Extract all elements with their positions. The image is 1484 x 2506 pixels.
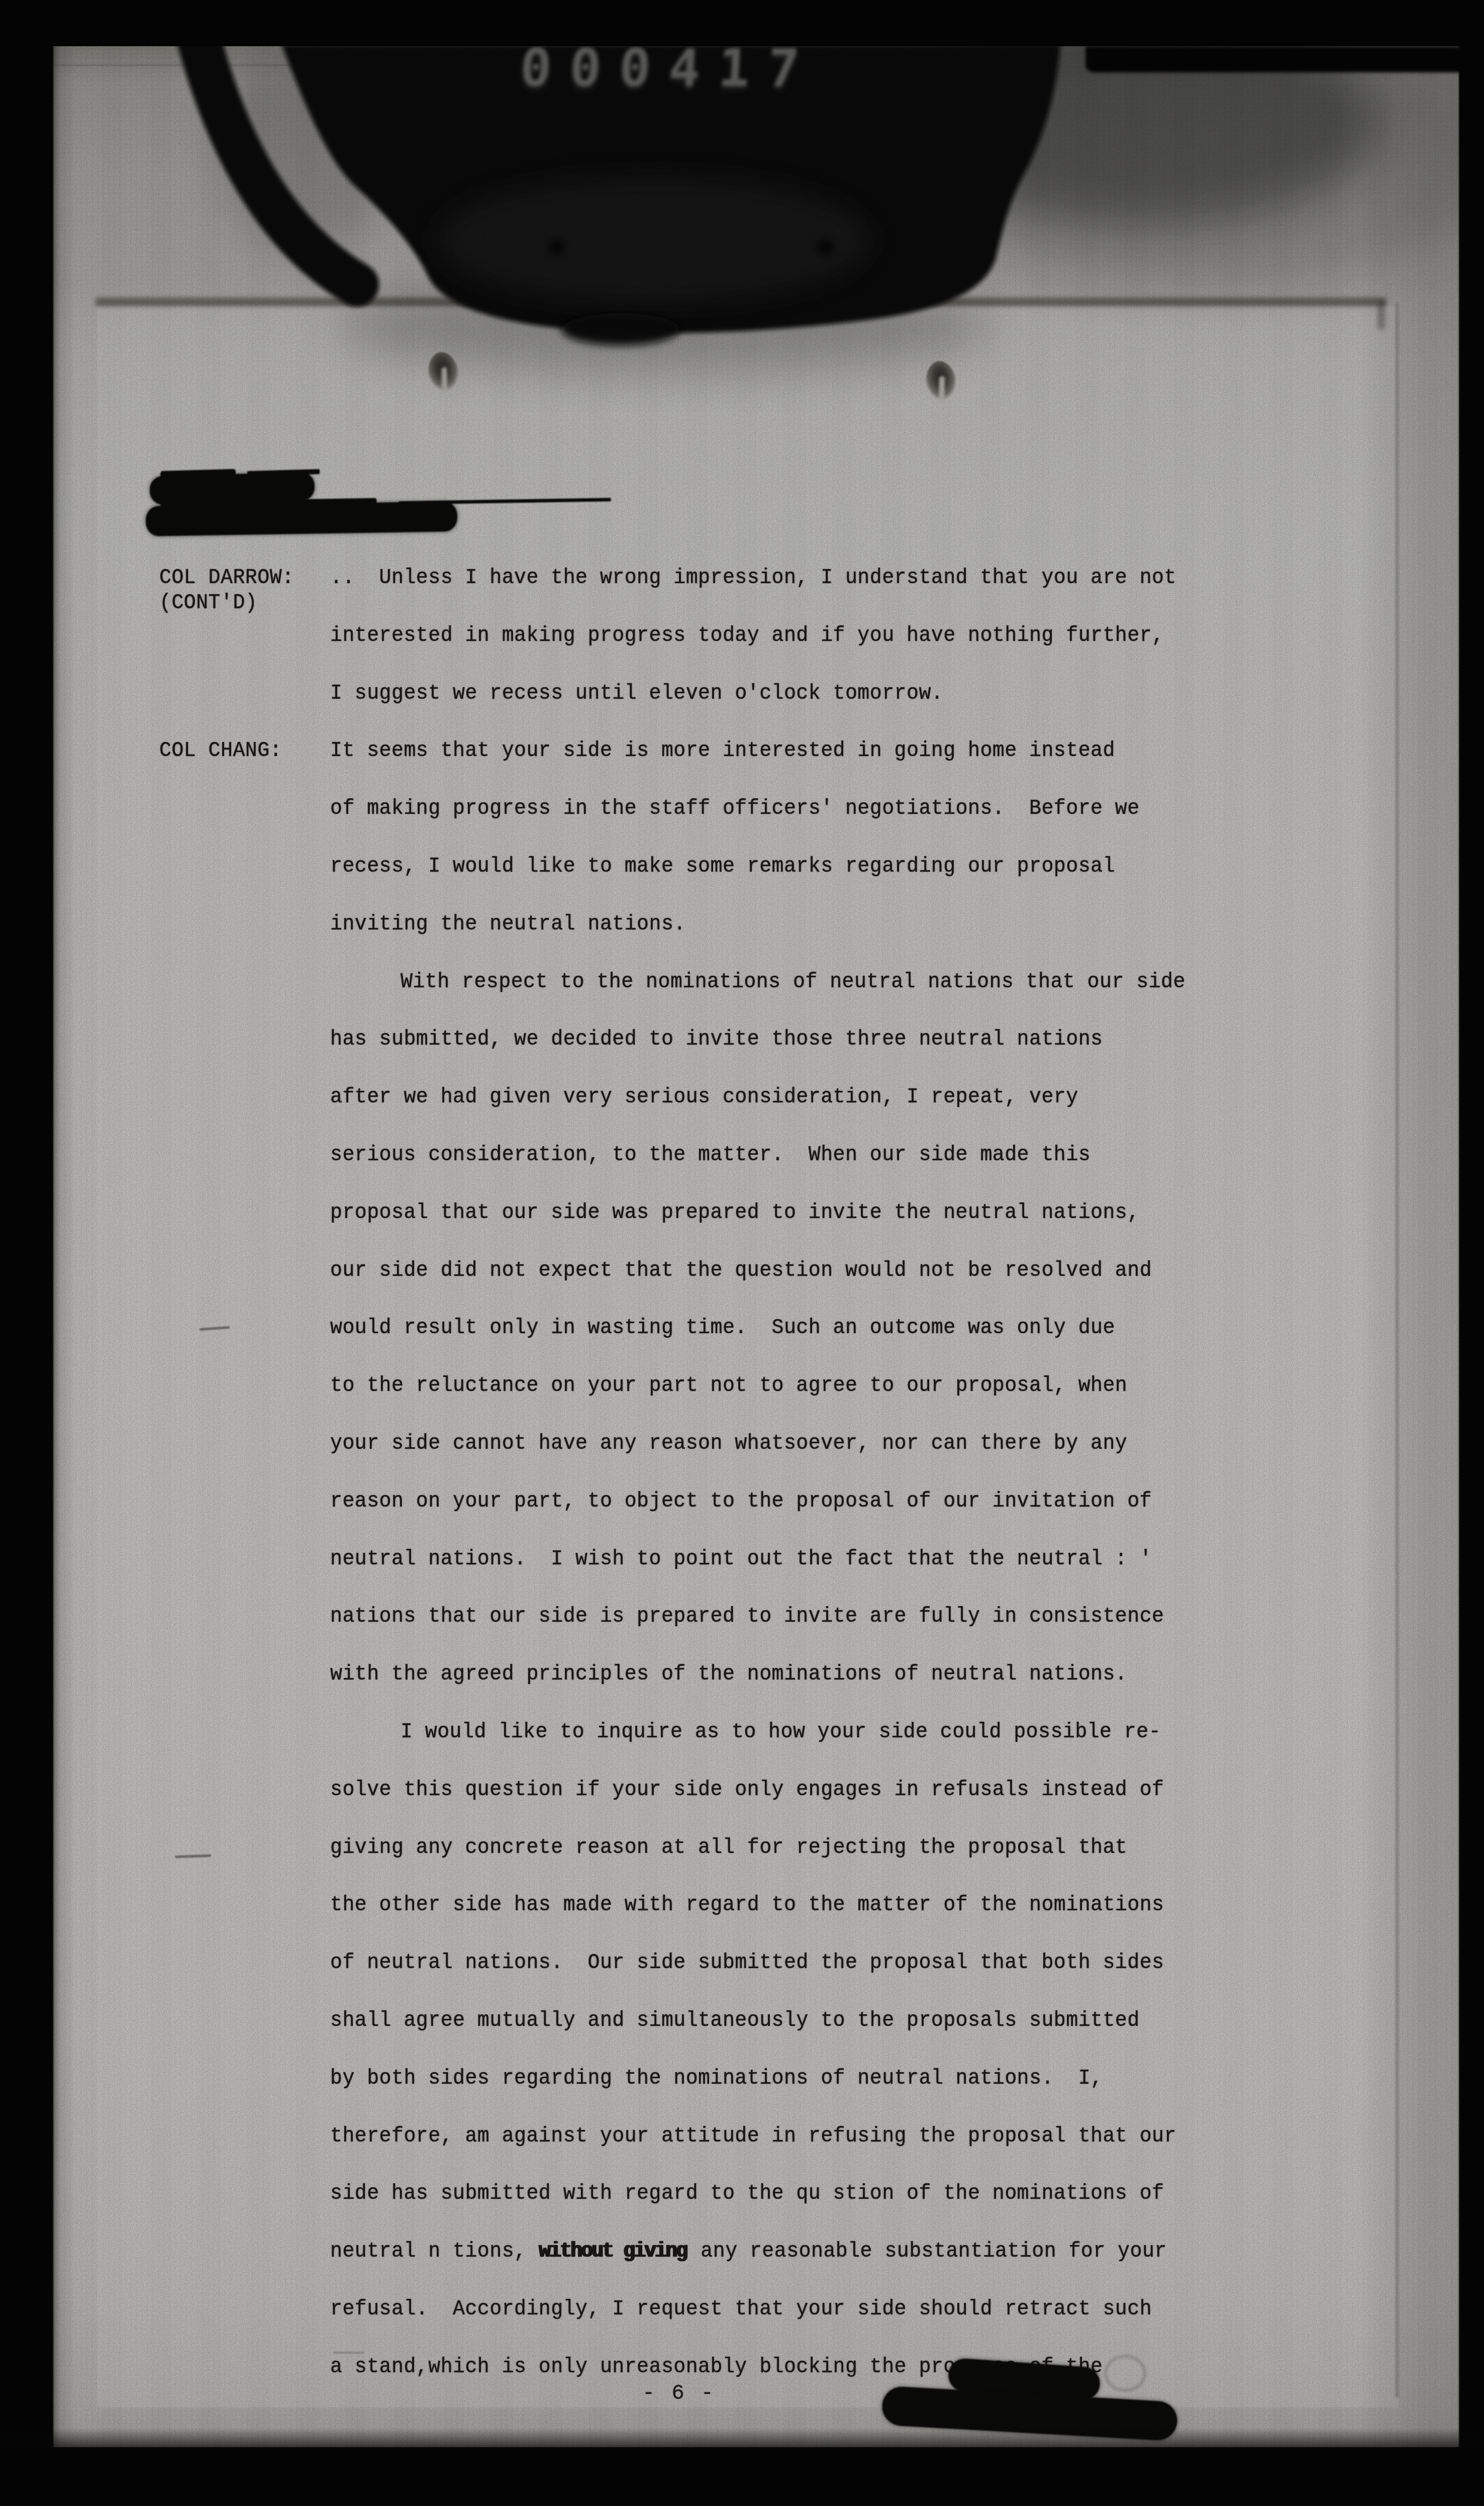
transcript-line: COL CHANG:It seems that your side is mor… (53, 740, 1460, 770)
transcript-text: It seems that your side is more interest… (330, 739, 1115, 763)
transcript-text: has submitted, we decided to invite thos… (330, 1028, 1103, 1052)
transcript-text: I suggest we recess until eleven o'clock… (330, 682, 943, 706)
sheet-edge-shadow (95, 298, 1386, 306)
transcript-line: I would like to inquire as to how your s… (53, 1721, 1460, 1751)
transcript-line: neutral n tions, without giving any reas… (53, 2241, 1460, 2271)
transcript-line: by both sides regarding the nominations … (53, 2068, 1460, 2098)
transcript-text: a stand,which is only unreasonably block… (330, 2356, 1103, 2379)
scan-frame-right (1459, 0, 1484, 2506)
scan-frame-top (0, 0, 1484, 46)
transcript-text: reason on your part, to object to the pr… (330, 1490, 1152, 1514)
transcript-text: shall agree mutually and simultaneously … (330, 2009, 1140, 2033)
transcript-line: COL DARROW:(CONT'D).. Unless I have the … (53, 567, 1460, 597)
transcript-line: solve this question if your side only en… (53, 1779, 1460, 1809)
transcript-text: With respect to the nominations of neutr… (401, 971, 1185, 994)
ink-smudge (1104, 2355, 1146, 2392)
transcript-text: I would like to inquire as to how your s… (401, 1721, 1161, 1744)
transcript-text: therefore, am against your attitude in r… (330, 2125, 1176, 2149)
transcript-line: serious consideration, to the matter. Wh… (53, 1144, 1460, 1174)
transcript-line: nations that our side is prepared to inv… (53, 1606, 1460, 1636)
pencil-mark (333, 2352, 364, 2354)
pencil-mark (175, 1854, 211, 1859)
transcript-text: giving any concrete reason at all for re… (330, 1836, 1127, 1860)
scan-frame-top-right (1085, 46, 1484, 72)
transcript-line: proposal that our side was prepared to i… (53, 1202, 1460, 1232)
transcript-line: would result only in wasting time. Such … (53, 1317, 1460, 1347)
paper-sheet: COL DARROW:(CONT'D).. Unless I have the … (53, 46, 1460, 2447)
transcript-line: of neutral nations. Our side submitted t… (53, 1952, 1460, 1982)
overstruck-text: without giving (539, 2240, 686, 2264)
speaker-label: COL DARROW: (159, 567, 294, 590)
transcript-text: your side cannot have any reason whatsoe… (330, 1432, 1127, 1456)
redaction-bar (947, 2358, 1101, 2401)
scanned-document-page: { "document_scan": { "film_counter": "00… (0, 0, 1484, 2506)
sheet-edge-right (1396, 304, 1399, 2397)
redaction-bar (146, 501, 458, 536)
transcript-line: neutral nations. I wish to point out the… (53, 1548, 1460, 1579)
transcript-text: interested in making progress today and … (330, 624, 1164, 648)
transcript-text: our side did not expect that the questio… (330, 1259, 1152, 1283)
transcript-line: interested in making progress today and … (53, 625, 1460, 655)
transcript-text: to the reluctance on your part not to ag… (330, 1374, 1127, 1398)
transcript-text: neutral n tions, without giving any reas… (330, 2240, 1167, 2264)
transcript-text: of making progress in the staff officers… (330, 797, 1140, 821)
transcript-line: refusal. Accordingly, I request that you… (53, 2298, 1460, 2329)
binder-hole-left (424, 349, 465, 406)
transcript-line: recess, I would like to make some remark… (53, 856, 1460, 886)
transcript-text: inviting the neutral nations. (330, 913, 686, 937)
transcript-text: neutral nations. I wish to point out the… (330, 1548, 1152, 1571)
speaker-label: COL CHANG: (159, 739, 282, 763)
redaction-bar (149, 472, 315, 505)
transcript-line: side has submitted with regard to the qu… (53, 2183, 1460, 2213)
transcript-line: the other side has made with regard to t… (53, 1894, 1460, 1924)
transcript-line: giving any concrete reason at all for re… (53, 1837, 1460, 1867)
paper-crease (54, 64, 340, 66)
inner-page-highlight (97, 306, 1399, 2407)
transcript-text: recess, I would like to make some remark… (330, 855, 1115, 879)
transcript-text: would result only in wasting time. Such … (330, 1317, 1115, 1340)
transcript-text: solve this question if your side only en… (330, 1779, 1164, 1802)
scan-frame-bottom (0, 2447, 1484, 2506)
transcript-line: your side cannot have any reason whatsoe… (53, 1433, 1460, 1463)
transcript-text: with the agreed principles of the nomina… (330, 1663, 1127, 1687)
scan-frame-left (0, 0, 53, 2506)
pencil-mark (200, 1326, 230, 1331)
transcript-text: .. Unless I have the wrong impression, I… (330, 567, 1176, 590)
transcript-line: therefore, am against your attitude in r… (53, 2125, 1460, 2156)
transcript-line: I suggest we recess until eleven o'clock… (53, 683, 1460, 713)
transcript: COL DARROW:(CONT'D).. Unless I have the … (53, 46, 1460, 2447)
transcript-text: side has submitted with regard to the qu… (330, 2182, 1164, 2206)
speaker-label-contd: (CONT'D) (159, 592, 257, 615)
transcript-line: to the reluctance on your part not to ag… (53, 1375, 1460, 1405)
transcript-text: serious consideration, to the matter. Wh… (330, 1144, 1091, 1167)
transcript-text: refusal. Accordingly, I request that you… (330, 2298, 1152, 2322)
film-counter: 000417 (519, 37, 974, 99)
transcript-line: of making progress in the staff officers… (53, 798, 1460, 828)
transcript-line: shall agree mutually and simultaneously … (53, 2010, 1460, 2040)
transcript-text: of neutral nations. Our side submitted t… (330, 1952, 1164, 1975)
binder-hole-right (922, 359, 961, 414)
transcript-text: nations that our side is prepared to inv… (330, 1605, 1164, 1629)
transcript-line: after we had given very serious consider… (53, 1086, 1460, 1117)
sheet-edge-corner (1377, 300, 1385, 329)
transcript-line: has submitted, we decided to invite thos… (53, 1029, 1460, 1059)
transcript-line: with the agreed principles of the nomina… (53, 1663, 1460, 1694)
transcript-text: by both sides regarding the nominations … (330, 2067, 1103, 2091)
transcript-text: after we had given very serious consider… (330, 1086, 1078, 1109)
transcript-line: our side did not expect that the questio… (53, 1260, 1460, 1290)
transcript-line: inviting the neutral nations. (53, 913, 1460, 944)
transcript-line: With respect to the nominations of neutr… (53, 971, 1460, 1001)
transcript-text: the other side has made with regard to t… (330, 1894, 1164, 1917)
transcript-line: reason on your part, to object to the pr… (53, 1491, 1460, 1521)
transcript-line: a stand,which is only unreasonably block… (53, 2356, 1460, 2386)
transcript-text: proposal that our side was prepared to i… (330, 1201, 1140, 1225)
scan-frame-bottom-fade (0, 2428, 1484, 2448)
page-number: - 6 - (626, 2381, 732, 2405)
